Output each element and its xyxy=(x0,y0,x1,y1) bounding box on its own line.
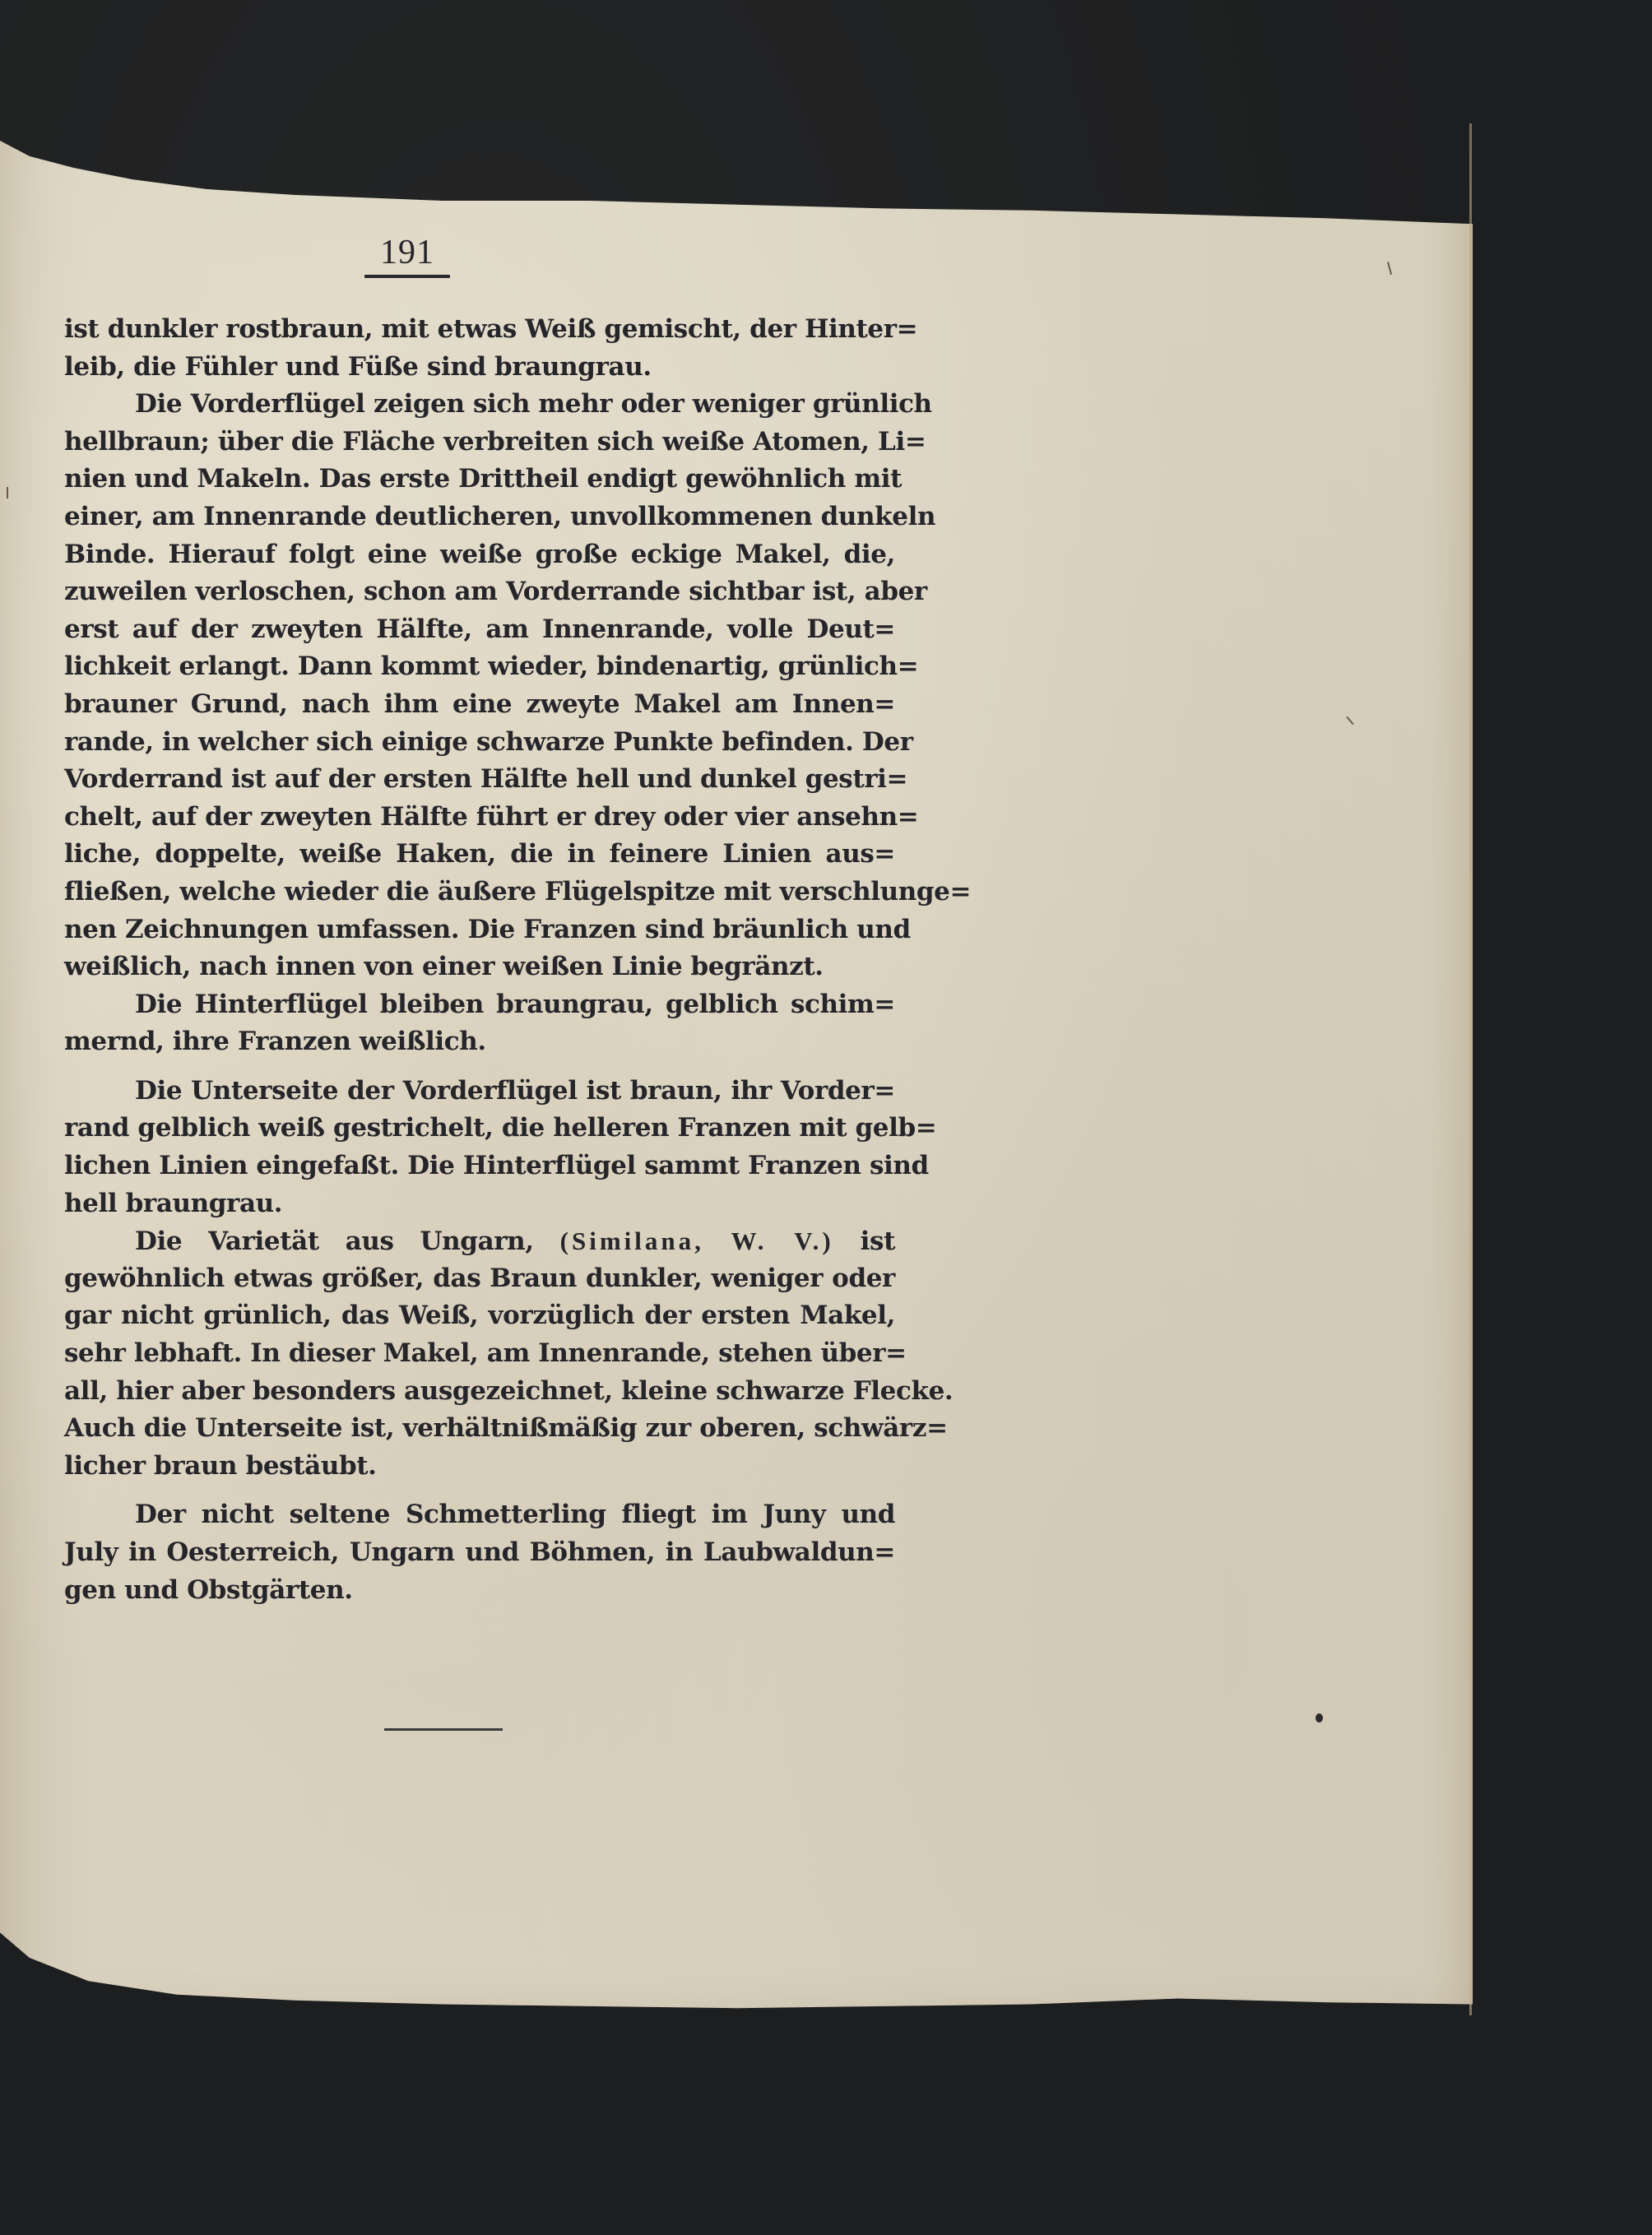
paragraph: Die Varietät aus Ungarn, (Similana, W. V… xyxy=(64,1222,895,1485)
text-line: liche, doppelte, weiße Haken, die in fei… xyxy=(64,836,895,874)
text-line: gen und Obstgärten. xyxy=(64,1572,895,1610)
paragraph-gap xyxy=(64,1061,895,1073)
text-line: ist dunkler rostbraun, mit etwas Weiß ge… xyxy=(64,311,895,349)
text-line: hell braungrau. xyxy=(64,1185,895,1223)
page-number: 191 xyxy=(374,235,440,270)
text-line: zuweilen verloschen, schon am Vorderrand… xyxy=(64,573,895,611)
latin-species-name: (Similana, W. V.) xyxy=(560,1226,834,1255)
text-line: brauner Grund, nach ihm eine zweyte Make… xyxy=(64,686,895,724)
text-line: July in Oesterreich, Ungarn und Böhmen, … xyxy=(64,1534,895,1572)
text-line: gewöhnlich etwas größer, das Braun dunkl… xyxy=(64,1260,895,1298)
text-line: sehr lebhaft. In dieser Makel, am Innenr… xyxy=(64,1335,895,1373)
text-line: Die Unterseite der Vorderflügel ist brau… xyxy=(64,1073,895,1111)
paragraph: Der nicht seltene Schmetterling fliegt i… xyxy=(64,1496,895,1609)
text-line: Binde. Hierauf folgt eine weiße große ec… xyxy=(64,536,895,574)
text-line: Die Hinterflügel bleiben braungrau, gelb… xyxy=(64,986,895,1024)
text-line: rand gelblich weiß gestrichelt, die hell… xyxy=(64,1110,895,1148)
text-line: Der nicht seltene Schmetterling fliegt i… xyxy=(64,1496,895,1534)
text-line: all, hier aber besonders ausgezeichnet, … xyxy=(64,1373,895,1411)
closing-rule xyxy=(384,1728,503,1731)
text-line: fließen, welche wieder die äußere Flügel… xyxy=(64,874,895,911)
text-line: Die Vorderflügel zeigen sich mehr oder w… xyxy=(64,386,895,424)
page-edge xyxy=(1469,123,1472,2015)
text-line: hellbraun; über die Fläche verbreiten si… xyxy=(64,424,895,461)
header-rule xyxy=(364,275,450,278)
paragraph-gap xyxy=(64,1485,895,1496)
text-line: Vorderrand ist auf der ersten Hälfte hel… xyxy=(64,761,895,799)
text-line: leib, die Fühler und Füße sind braungrau… xyxy=(64,349,895,387)
fraktur-text: ist xyxy=(834,1226,895,1256)
paragraph: Die Unterseite der Vorderflügel ist brau… xyxy=(64,1073,895,1222)
text-line-variety: Die Varietät aus Ungarn, (Similana, W. V… xyxy=(64,1222,895,1260)
text-line: weißlich, nach innen von einer weißen Li… xyxy=(64,948,895,986)
text-line: lichkeit erlangt. Dann kommt wieder, bin… xyxy=(64,648,895,686)
body-text: ist dunkler rostbraun, mit etwas Weiß ge… xyxy=(64,311,895,1609)
text-line: nen Zeichnungen umfassen. Die Franzen si… xyxy=(64,911,895,949)
text-line: mernd, ihre Franzen weißlich. xyxy=(64,1023,895,1061)
paragraph: ist dunkler rostbraun, mit etwas Weiß ge… xyxy=(64,311,895,386)
fraktur-text: Die Varietät aus Ungarn, xyxy=(135,1226,560,1256)
text-line: gar nicht grünlich, das Weiß, vorzüglich… xyxy=(64,1297,895,1335)
paragraph: Die Vorderflügel zeigen sich mehr oder w… xyxy=(64,386,895,986)
text-line: erst auf der zweyten Hälfte, am Innenran… xyxy=(64,611,895,649)
text-line: chelt, auf der zweyten Hälfte führt er d… xyxy=(64,799,895,837)
text-line: licher braun bestäubt. xyxy=(64,1448,895,1486)
margin-mark xyxy=(7,487,8,498)
text-line: lichen Linien eingefaßt. Die Hinterflüge… xyxy=(64,1148,895,1185)
text-line: nien und Makeln. Das erste Drittheil end… xyxy=(64,461,895,498)
text-line: einer, am Innenrande deutlicheren, unvol… xyxy=(64,498,895,536)
text-line: Auch die Unterseite ist, verhältnißmäßig… xyxy=(64,1410,895,1448)
paragraph: Die Hinterflügel bleiben braungrau, gelb… xyxy=(64,986,895,1061)
ink-speck xyxy=(1316,1713,1323,1723)
text-line: rande, in welcher sich einige schwarze P… xyxy=(64,724,895,762)
